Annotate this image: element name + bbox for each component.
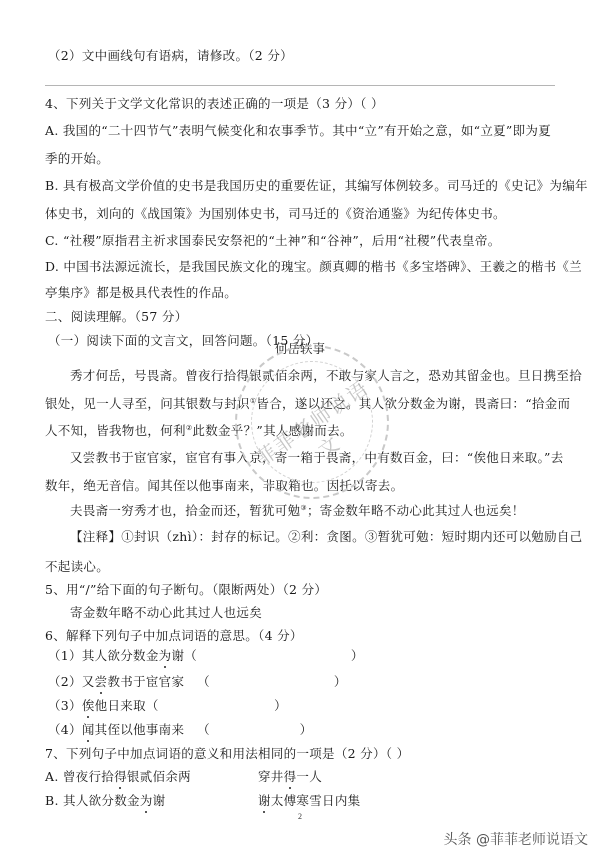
passage-p1-line2: 银处，见一人寻至，问其银数与封识①皆合，遂以还之。其人欲分数金为谢，畏斋曰：“拾… bbox=[45, 396, 570, 412]
answer-blank[interactable] bbox=[197, 648, 351, 663]
emphasis-word: 谢 bbox=[258, 793, 271, 809]
passage-p2-line2: 数年，绝无音信。闻其侄以他事南来，非取箱也。因托以寄去。 bbox=[45, 478, 403, 494]
passage-p3: 夫畏斋一穷秀才也，拾金而还，暂犹可勉③；寄金数年略不动心此其过人也远矣！ bbox=[70, 503, 525, 519]
emphasis-word: 闻 bbox=[82, 722, 95, 738]
text: 银贰佰余两 bbox=[127, 769, 191, 784]
q7-option-a-compare: 穿井得一人 bbox=[258, 769, 322, 785]
q6-item-2: （2）又尝教书于宦官家 （ ） bbox=[48, 674, 347, 690]
answer-line bbox=[45, 85, 555, 86]
q7-stem: 7、下列句子中加点词语的意义和用法相同的一项是（2 分）（ ） bbox=[45, 746, 409, 762]
text: （2）又 bbox=[48, 674, 95, 689]
passage-p1-line1: 秀才何岳，号畏斋。曾夜行拾得银贰佰余两，不敢与家人言之，恐劝其留金也。旦日携至拾 bbox=[70, 368, 582, 384]
section2-heading: 二、阅读理解。（57 分） bbox=[45, 309, 188, 325]
passage-title: 何岳轶事 bbox=[0, 341, 600, 357]
text: 夫畏斋一穷秀才也，拾金而还，暂犹可勉 bbox=[70, 503, 300, 518]
answer-blank[interactable] bbox=[210, 674, 334, 689]
text: （3） bbox=[48, 698, 82, 713]
text: 一人 bbox=[296, 769, 322, 784]
text: 教书于宦官家 （ bbox=[107, 674, 209, 689]
emphasis-word: 为 bbox=[140, 793, 153, 809]
text: ；寄金数年略不动心此其过人也远矣！ bbox=[307, 503, 525, 518]
text: 谢（ bbox=[171, 648, 197, 663]
text: 皆合，遂以还之。其人欲分数金为谢，畏斋曰：“拾金而 bbox=[256, 396, 570, 411]
passage-p2-line1: 又尝教书于宦官家，宦官有事入京，寄一箱于畏斋，中有数百金，曰：“俟他日来取。”去 bbox=[70, 450, 564, 466]
text: 他日来取（ bbox=[95, 698, 159, 713]
q4-option-b: B. 具有极高文学价值的史书是我国历史的重要佐证，其编写体例较多。司马迁的《史记… bbox=[45, 178, 588, 194]
q3-part2: （2）文中画线句有语病，请修改。（2 分） bbox=[48, 48, 293, 64]
q4-option-b-cont: 体史书，刘向的《战国策》为国别体史书，司马迁的《资治通鉴》为纪传体史书。 bbox=[45, 206, 506, 222]
text: （1）其人欲分数金 bbox=[48, 648, 159, 663]
text: 谢 bbox=[153, 793, 166, 808]
text: ） bbox=[274, 698, 287, 713]
text: 穿井 bbox=[258, 769, 284, 784]
text: ） bbox=[351, 648, 364, 663]
text: A. 曾夜行拾 bbox=[45, 769, 114, 784]
text: （4） bbox=[48, 722, 82, 737]
passage-p1-line3: 人不知，皆我物也，何利②此数金乎？”其人感谢而去。 bbox=[45, 423, 353, 439]
source-watermark: 头条 @菲菲老师说语文 bbox=[444, 829, 588, 848]
q7-option-b: B. 其人欲分数金为谢 bbox=[45, 793, 165, 809]
q6-item-1: （1）其人欲分数金为谢（ ） bbox=[48, 648, 364, 664]
answer-blank[interactable] bbox=[159, 698, 274, 713]
q4-option-c: C. “社稷”原指君主祈求国泰民安祭祀的“土神”和“谷神”，后用“社稷”代表皇帝… bbox=[45, 233, 501, 249]
q4-option-a: A. 我国的“二十四节气”表明气候变化和农事季节。其中“立”有开始之意，如“立夏… bbox=[45, 123, 551, 139]
q7-option-a: A. 曾夜行拾得银贰佰余两 bbox=[45, 769, 191, 785]
emphasis-word: 得 bbox=[114, 769, 127, 785]
q4-option-d-cont: 亭集序》都是极具代表性的作品。 bbox=[45, 285, 237, 301]
emphasis-word: 俟 bbox=[82, 698, 95, 714]
text: 此数金乎？”其人感谢而去。 bbox=[192, 423, 352, 438]
footnote-ref: ③ bbox=[300, 504, 307, 512]
emphasis-word: 尝 bbox=[95, 674, 108, 690]
q4-stem: 4、下列关于文学文化常识的表述正确的一项是（3 分）（ ） bbox=[45, 96, 384, 112]
text: 太傅寒雪日内集 bbox=[271, 793, 361, 808]
emphasis-word: 为 bbox=[159, 648, 172, 664]
q5-sentence: 寄金数年略不动心此其过人也远矣 bbox=[70, 605, 262, 621]
text: ） bbox=[334, 674, 347, 689]
q6-item-3: （3）俟他日来取（ ） bbox=[48, 698, 287, 714]
text: ） bbox=[300, 722, 313, 737]
q7-option-b-compare: 谢太傅寒雪日内集 bbox=[258, 793, 360, 809]
text: 其侄以他事南来 （ bbox=[95, 722, 210, 737]
text: 人不知，皆我物也，何利 bbox=[45, 423, 186, 438]
exam-page: （2）文中画线句有语病，请修改。（2 分） 4、下列关于文学文化常识的表述正确的… bbox=[0, 0, 600, 848]
q6-item-4: （4）闻其侄以他事南来 （ ） bbox=[48, 722, 312, 738]
notes-line1: 【注释】①封识（zhì）：封存的标记。②利：贪图。③暂犹可勉：短时期内还可以勉励… bbox=[70, 529, 583, 545]
answer-blank[interactable] bbox=[210, 722, 300, 737]
q4-option-d: D. 中国书法源远流长，是我国民族文化的瑰宝。颜真卿的楷书《多宝塔碑》、王羲之的… bbox=[45, 259, 582, 275]
text: 银处，见一人寻至，问其银数与封识 bbox=[45, 396, 250, 411]
q4-option-a-cont: 季的开始。 bbox=[45, 151, 109, 167]
q6-stem: 6、解释下列句子中加点词语的意思。（4 分） bbox=[45, 628, 303, 644]
q5-stem: 5、用“/”给下面的句子断句。（限断两处）（2 分） bbox=[45, 582, 327, 598]
page-number: 2 bbox=[0, 812, 600, 821]
text: B. 其人欲分数金 bbox=[45, 793, 140, 808]
notes-line2: 不起读心。 bbox=[45, 559, 109, 575]
emphasis-word: 得 bbox=[284, 769, 297, 785]
